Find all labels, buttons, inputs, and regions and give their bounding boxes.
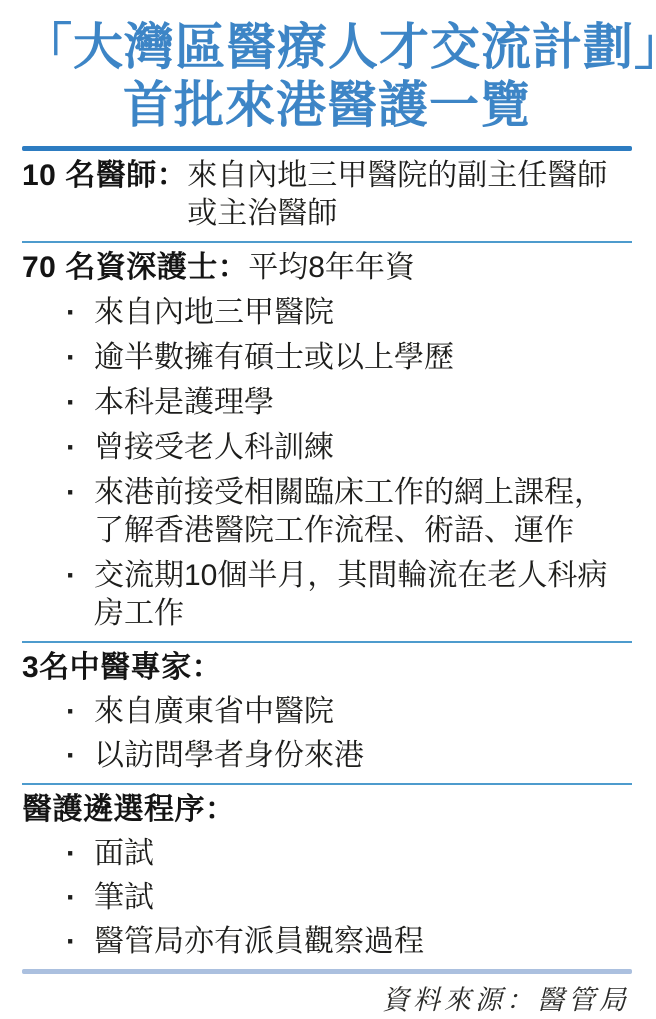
list-item: · 來港前接受相關臨床工作的網上課程，了解香港醫院工作流程、術語、運作 (22, 474, 632, 550)
list-item-text: 面試 (94, 835, 632, 873)
list-item-text: 醫管局亦有派員觀察過程 (94, 923, 632, 961)
bullet-icon: · (66, 474, 94, 512)
infographic-page: 「大灣區醫療人才交流計劃」 首批來港醫護一覽 10 名醫師： 來自內地三甲醫院的… (0, 0, 656, 1019)
list-item: · 曾接受老人科訓練 (22, 429, 632, 467)
list-item: · 交流期10個半月，其間輪流在老人科病房工作 (22, 557, 632, 633)
list-item-text: 以訪問學者身份來港 (94, 737, 632, 775)
section-selection-procedure: 醫護遴選程序： · 面試 · 筆試 · 醫管局亦有派員觀察過程 (22, 785, 632, 969)
section-nurses: 70 名資深護士： 平均8年年資 · 來自內地三甲醫院 · 逾半數擁有碩士或以上… (22, 243, 632, 641)
section-heading: 醫護遴選程序： (22, 791, 236, 829)
list-item-text: 來港前接受相關臨床工作的網上課程，了解香港醫院工作流程、術語、運作 (94, 474, 632, 550)
section-selection-line: 醫護遴選程序： (22, 791, 632, 829)
bullet-icon: · (66, 737, 94, 775)
list-item: · 來自廣東省中醫院 (22, 693, 632, 731)
title-line-2: 首批來港醫護一覽 (22, 76, 632, 134)
section-heading: 70 名資深護士： (22, 249, 248, 287)
bullet-icon: · (66, 835, 94, 873)
bullet-icon: · (66, 429, 94, 467)
section-nurses-line: 70 名資深護士： 平均8年年資 (22, 249, 632, 287)
list-item: · 面試 (22, 835, 632, 873)
list-item: · 以訪問學者身份來港 (22, 737, 632, 775)
section-cm-experts-line: 3名中醫專家： (22, 649, 632, 687)
list-item: · 醫管局亦有派員觀察過程 (22, 923, 632, 961)
list-item-text: 筆試 (94, 879, 632, 917)
title-line-1: 「大灣區醫療人才交流計劃」 (22, 18, 632, 76)
bullet-icon: · (66, 384, 94, 422)
section-doctors-line: 10 名醫師： 來自內地三甲醫院的副主任醫師或主治醫師 (22, 157, 632, 233)
list-item: · 來自內地三甲醫院 (22, 294, 632, 332)
bullet-icon: · (66, 339, 94, 377)
bullet-icon: · (66, 879, 94, 917)
page-title: 「大灣區醫療人才交流計劃」 首批來港醫護一覽 (22, 18, 632, 134)
section-doctors: 10 名醫師： 來自內地三甲醫院的副主任醫師或主治醫師 (22, 151, 632, 241)
bullet-icon: · (66, 557, 94, 595)
list-item: · 逾半數擁有碩士或以上學歷 (22, 339, 632, 377)
section-heading: 10 名醫師： (22, 157, 187, 195)
section-cm-experts: 3名中醫專家： · 來自廣東省中醫院 · 以訪問學者身份來港 (22, 643, 632, 783)
list-item-text: 逾半數擁有碩士或以上學歷 (94, 339, 632, 377)
list-item-text: 本科是護理學 (94, 384, 632, 422)
list-item-text: 曾接受老人科訓練 (94, 429, 632, 467)
list-item-text: 交流期10個半月，其間輪流在老人科病房工作 (94, 557, 632, 633)
section-heading: 3名中醫專家： (22, 649, 222, 687)
footer-divider-rule (22, 969, 632, 974)
list-item: · 筆試 (22, 879, 632, 917)
list-item-text: 來自廣東省中醫院 (94, 693, 632, 731)
bullet-icon: · (66, 294, 94, 332)
list-item-text: 來自內地三甲醫院 (94, 294, 632, 332)
bullet-icon: · (66, 693, 94, 731)
source-note: 資料來源：醫管局 (22, 984, 632, 1018)
list-item: · 本科是護理學 (22, 384, 632, 422)
bullet-icon: · (66, 923, 94, 961)
section-text: 來自內地三甲醫院的副主任醫師或主治醫師 (187, 157, 632, 233)
section-text: 平均8年年資 (248, 249, 632, 287)
